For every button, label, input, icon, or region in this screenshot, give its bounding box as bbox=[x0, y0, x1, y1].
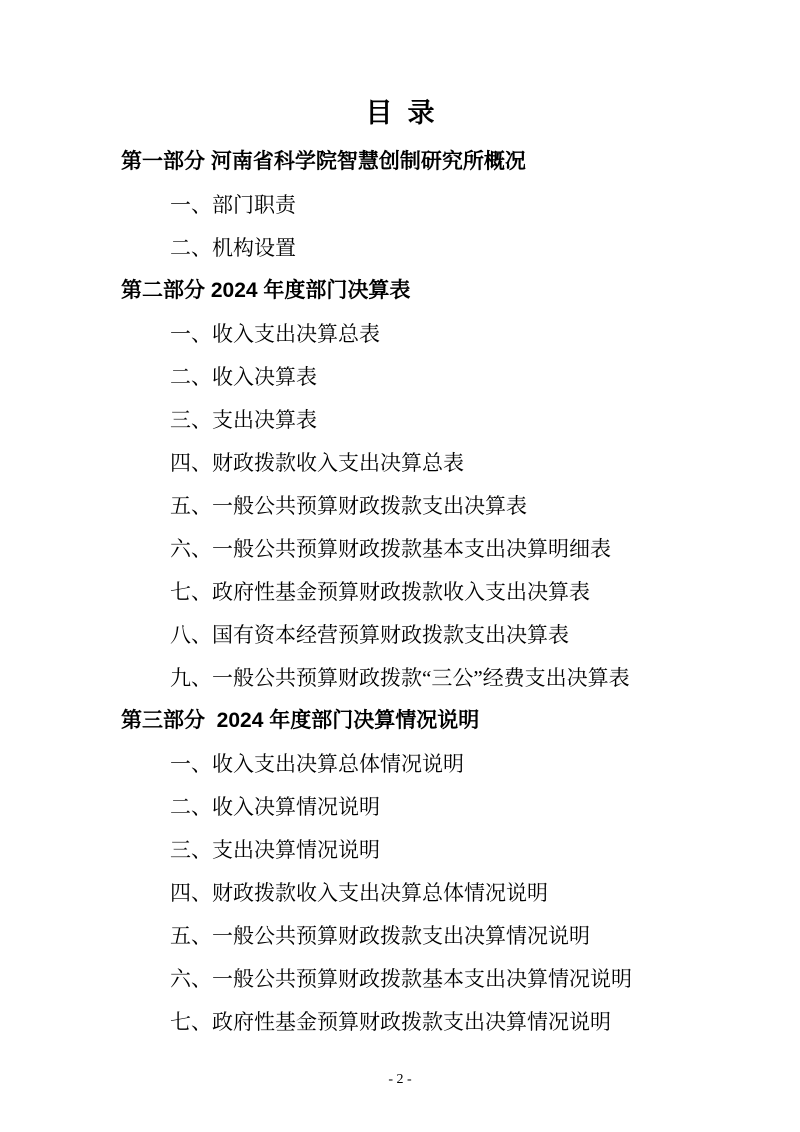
toc-item: 四、财政拨款收入支出决算总体情况说明 bbox=[0, 881, 800, 905]
toc-item: 九、一般公共预算财政拨款“三公”经费支出决算表 bbox=[0, 666, 800, 690]
toc-item: 五、一般公共预算财政拨款支出决算表 bbox=[0, 494, 800, 518]
toc-section-heading-3: 第三部分 2024 年度部门决算情况说明 bbox=[0, 709, 800, 733]
document-page: 目 录 第一部分 河南省科学院智慧创制研究所概况一、部门职责二、机构设置第二部分… bbox=[0, 0, 800, 1132]
toc-item: 一、收入支出决算总体情况说明 bbox=[0, 752, 800, 776]
toc-item: 八、国有资本经营预算财政拨款支出决算表 bbox=[0, 623, 800, 647]
toc-item: 六、一般公共预算财政拨款基本支出决算明细表 bbox=[0, 537, 800, 561]
toc-item: 一、部门职责 bbox=[0, 193, 800, 217]
toc-item: 五、一般公共预算财政拨款支出决算情况说明 bbox=[0, 924, 800, 948]
toc-item: 四、财政拨款收入支出决算总表 bbox=[0, 451, 800, 475]
toc-item: 七、政府性基金预算财政拨款收入支出决算表 bbox=[0, 580, 800, 604]
toc-item: 七、政府性基金预算财政拨款支出决算情况说明 bbox=[0, 1010, 800, 1034]
toc-title: 目 录 bbox=[0, 98, 800, 128]
toc-item: 二、机构设置 bbox=[0, 236, 800, 260]
toc-section-heading-2: 第二部分 2024 年度部门决算表 bbox=[0, 279, 800, 303]
toc-section-heading-1: 第一部分 河南省科学院智慧创制研究所概况 bbox=[0, 150, 800, 174]
toc-item: 二、收入决算情况说明 bbox=[0, 795, 800, 819]
page-number: - 2 - bbox=[0, 1072, 800, 1088]
toc-item: 六、一般公共预算财政拨款基本支出决算情况说明 bbox=[0, 967, 800, 991]
toc-item: 二、收入决算表 bbox=[0, 365, 800, 389]
toc-item: 三、支出决算情况说明 bbox=[0, 838, 800, 862]
toc-sections: 第一部分 河南省科学院智慧创制研究所概况一、部门职责二、机构设置第二部分 202… bbox=[0, 150, 800, 1034]
toc-item: 三、支出决算表 bbox=[0, 408, 800, 432]
toc-item: 一、收入支出决算总表 bbox=[0, 322, 800, 346]
